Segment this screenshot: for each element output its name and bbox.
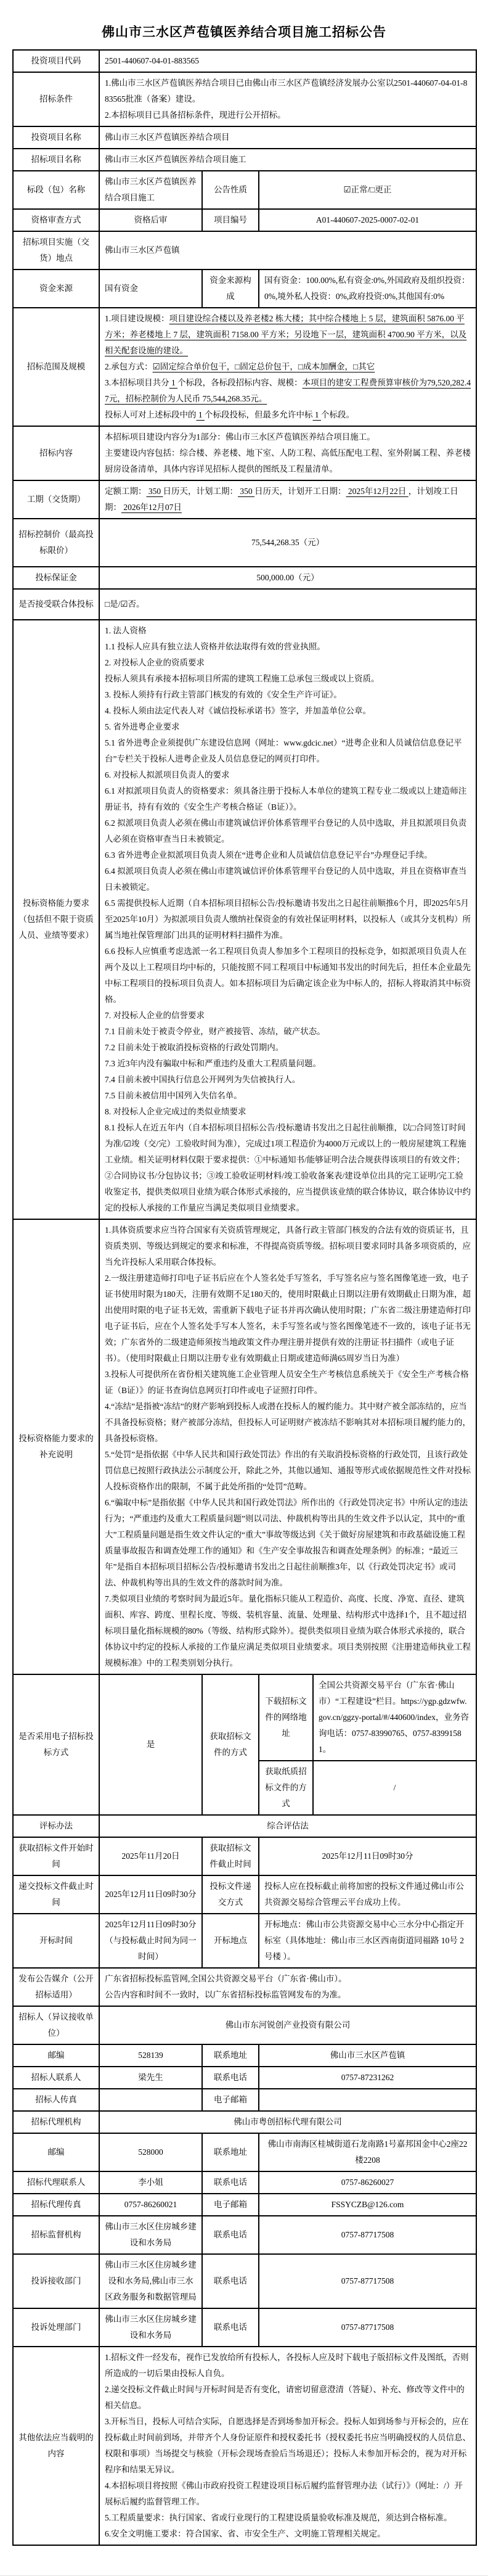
tenderer-fax-label: 招标人传真 [13, 2089, 99, 2111]
tenderer-postcode-value: 528139 [99, 2044, 202, 2067]
control-price-value: 75,544,268.35（元） [99, 519, 476, 567]
scope-value: 1.项目建设规模：项目建设综合楼以及养老楼2 栋大楼；其中综合楼地上 5 层，建… [99, 308, 476, 426]
electronic-bid-label: 是否采用电子招标投标方式 [13, 1674, 99, 1815]
agency-email-label: 电子邮箱 [202, 2194, 259, 2216]
submit-way-label: 投标文件递交方式 [202, 1875, 259, 1914]
tender-content-value: 本招标项目建设内容分为1部分：佛山市三水区芦苞镇医养结合项目施工。主要建设内容包… [99, 426, 476, 480]
tenderer-email-label: 电子邮箱 [202, 2089, 259, 2111]
section-name-label: 标段（包）名称 [13, 171, 99, 209]
agency-contact-label: 招标代理联系人 [13, 2171, 99, 2194]
complaint-receive-value: 佛山市三水区住房城乡建设和水务局,佛山市三水区政务服务和数据管理局 [99, 2254, 202, 2308]
opening-time-value: 2025年12月11日09时30分（与投标截止时间为同一时间） [99, 1914, 202, 1968]
agency-postcode-value: 528000 [99, 2133, 202, 2171]
tenderer-phone-label: 联系电话 [202, 2067, 259, 2089]
notice-nature-value: ☑正常/□更正 [259, 171, 476, 209]
agency-phone-value: 0757-86260027 [259, 2171, 476, 2194]
tenderer-fax-value [99, 2089, 202, 2111]
qualification-method-label: 资格审查方式 [13, 209, 99, 231]
tender-project-name-value: 佛山市三水区芦苞镇医养结合项目施工 [99, 149, 476, 171]
agency-phone-label: 联系电话 [202, 2171, 259, 2194]
table-row: 其他依法应当载明的内容 1.招标文件一经发布，视作已发放给所有投标人，各投标人应… [13, 2347, 476, 2545]
table-row: 招标项目名称 佛山市三水区芦苞镇医养结合项目施工 [13, 149, 476, 171]
doc-obtain-end-label: 获取招标文件截止时间 [202, 1837, 259, 1875]
agency-label: 招标代理机构 [13, 2111, 99, 2133]
complaint-receive-phone-value: 0757-87717508 [259, 2254, 476, 2308]
tenderer-phone-value: 0757-87231262 [259, 2067, 476, 2089]
complaint-receive-phone-label: 联系电话 [202, 2254, 259, 2308]
fund-source-value: 国有资金 [99, 270, 202, 308]
complaint-handle-value: 佛山市三水区住房城乡建设和水务局 [99, 2308, 202, 2347]
tender-conditions-value: 1.佛山市三水区芦苞镇医养结合项目已由佛山市三水区芦苞镇经济发展办公室以2501… [99, 72, 476, 126]
submit-deadline-value: 2025年12月11日09时30分 [99, 1875, 202, 1914]
table-row: 招标项目实施（交货）地点 佛山市三水区芦苞镇 [13, 231, 476, 270]
doc-obtain-end-value: 2025年12月11日09时30分 [259, 1837, 476, 1875]
table-row: 获取招标文件开始时间 2025年11月20日 获取招标文件截止时间 2025年1… [13, 1837, 476, 1875]
submit-deadline-label: 递交投标文件截止时间 [13, 1875, 99, 1914]
tenderer-contact-value: 梁先生 [99, 2067, 202, 2089]
tender-project-name-label: 招标项目名称 [13, 149, 99, 171]
section-name-value: 佛山市三水区芦苞镇医养结合项目施工 [99, 171, 202, 209]
agency-fax-label: 招标代理传真 [13, 2194, 99, 2216]
project-number-value: A01-440607-2025-0007-02-01 [259, 209, 476, 231]
investment-project-name-value: 佛山市三水区芦苞镇医养结合项目 [99, 126, 476, 149]
table-row: 是否采用电子招标投标方式 是 获取招标文件的方式 下载招标文件的网络地址 全国公… [13, 1674, 476, 1761]
table-row: 招标控制价（最高投标限价） 75,544,268.35（元） [13, 519, 476, 567]
table-row: 投诉处理部门 佛山市三水区住房城乡建设和水务局 联系电话 0757-877175… [13, 2308, 476, 2347]
submit-way-value: 投标人应在投标截止前将加密的投标文件通过佛山市公共资源交易综合管理云平台成功上传… [259, 1875, 476, 1914]
tenderer-address-value: 佛山市三水区芦苞镇 [259, 2044, 476, 2067]
table-row: 开标时间 2025年12月11日09时30分（与投标截止时间为同一时间） 开标地… [13, 1914, 476, 1968]
table-row: 招标代理机构 佛山市粤创招标代理有限公司 [13, 2111, 476, 2133]
agency-postcode-label: 邮编 [13, 2133, 99, 2171]
tenderer-address-label: 联系地址 [202, 2044, 259, 2067]
tenderer-contact-label: 招标人联系人 [13, 2067, 99, 2089]
notice-nature-label: 公告性质 [202, 171, 259, 209]
table-row: 资格审查方式 资格后审 项目编号 A01-440607-2025-0007-02… [13, 209, 476, 231]
duration-value: 定额工期： 350 日历天，计划工期： 350 日历天，计划开工日期： 2025… [99, 480, 476, 519]
download-url-value: 全国公共资源交易平台（广东省·佛山市）“工程建设”栏目。https://ygp.… [313, 1674, 476, 1761]
agency-address-label: 联系地址 [202, 2133, 259, 2171]
table-row: 发布公告媒介（公开招标适用） 广东省招标投标监管网,全国公共资源交易平台（广东省… [13, 1968, 476, 2006]
table-row: 邮编 528139 联系地址 佛山市三水区芦苞镇 [13, 2044, 476, 2067]
tender-announcement-table: 投资项目代码 2501-440607-04-01-883565 招标条件 1.佛… [12, 49, 477, 2546]
complaint-handle-phone-value: 0757-87717508 [259, 2308, 476, 2347]
table-row: 评标办法 综合评估法 [13, 1815, 476, 1837]
table-row: 招标范围及规模 1.项目建设规模：项目建设综合楼以及养老楼2 栋大楼；其中综合楼… [13, 308, 476, 426]
investment-project-name-label: 投资项目名称 [13, 126, 99, 149]
table-row: 是否接受联合体投标 □是/☑否。 [13, 589, 476, 620]
tender-content-label: 招标内容 [13, 426, 99, 480]
table-row: 递交投标文件截止时间 2025年12月11日09时30分 投标文件递交方式 投标… [13, 1875, 476, 1914]
table-row: 招标人联系人 梁先生 联系电话 0757-87231262 [13, 2067, 476, 2089]
doc-obtain-start-value: 2025年11月20日 [99, 1837, 202, 1875]
supervisor-label: 招标监督机构 [13, 2216, 99, 2254]
announcement-media-value: 广东省招标投标监管网,全国公共资源交易平台（广东省·佛山市）。公告内容和时间不一… [99, 1968, 476, 2006]
table-row: 招标代理联系人 李小姐 联系电话 0757-86260027 [13, 2171, 476, 2194]
table-row: 投资项目代码 2501-440607-04-01-883565 [13, 50, 476, 72]
opening-place-value: 开标地点：佛山市公共资源交易中心三水分中心指定开标室（具体地址：佛山市三水区西南… [259, 1914, 476, 1968]
table-row: 邮编 528000 联系地址 佛山市南海区桂城街道石龙南路1号嘉邦国金中心2座2… [13, 2133, 476, 2171]
delivery-location-label: 招标项目实施（交货）地点 [13, 231, 99, 270]
table-row: 投标保证金 500,000.00（元） [13, 567, 476, 589]
table-row: 工期（交货期） 定额工期： 350 日历天，计划工期： 350 日历天，计划开工… [13, 480, 476, 519]
table-row: 招标人传真 电子邮箱 [13, 2089, 476, 2111]
delivery-location-value: 佛山市三水区芦苞镇 [99, 231, 476, 270]
complaint-handle-phone-label: 联系电话 [202, 2308, 259, 2347]
table-row: 招标监督机构 佛山市三水区住房城乡建设和水务局 联系电话 0757-877175… [13, 2216, 476, 2254]
investment-code-value: 2501-440607-04-01-883565 [99, 50, 476, 72]
qualification-supplement-value: 1.具体资质要求应当符合国家有关资质管理规定，具备行政主管部门核发的合法有效的资… [99, 1219, 476, 1674]
other-content-value: 1.招标文件一经发布，视作已发放给所有投标人，各投标人应及时下载电子版招标文件及… [99, 2347, 476, 2545]
table-row: 招标人（异议接收单位） 佛山市东河锐创产业投资有限公司 [13, 2006, 476, 2044]
supervisor-value: 佛山市三水区住房城乡建设和水务局 [99, 2216, 202, 2254]
qualification-supplement-label: 投标资格能力要求的补充说明 [13, 1219, 99, 1674]
supervisor-phone-label: 联系电话 [202, 2216, 259, 2254]
supervisor-phone-value: 0757-87717508 [259, 2216, 476, 2254]
opening-place-label: 开标地点 [202, 1914, 259, 1968]
fund-mix-value: 国有资金：100.00%,私有资金:0%,外国政府及组织投资：0%,境外私人投资… [259, 270, 476, 308]
table-row: 投资项目名称 佛山市三水区芦苞镇医养结合项目 [13, 126, 476, 149]
fund-mix-label: 资金来源构成 [202, 270, 259, 308]
doc-obtain-start-label: 获取招标文件开始时间 [13, 1837, 99, 1875]
tenderer-label: 招标人（异议接收单位） [13, 2006, 99, 2044]
bid-deposit-value: 500,000.00（元） [99, 567, 476, 589]
announcement-media-label: 发布公告媒介（公开招标适用） [13, 1968, 99, 2006]
agency-address-value: 佛山市南海区桂城街道石龙南路1号嘉邦国金中心2座22楼2208 [259, 2133, 476, 2171]
project-number-label: 项目编号 [202, 209, 259, 231]
bid-deposit-label: 投标保证金 [13, 567, 99, 589]
bidder-qualification-label: 投标资格能力要求（包括但不限于资质人员、业绩等要求） [13, 620, 99, 1219]
table-row: 投标资格能力要求的补充说明 1.具体资质要求应当符合国家有关资质管理规定，具备行… [13, 1219, 476, 1674]
control-price-label: 招标控制价（最高投标限价） [13, 519, 99, 567]
complaint-receive-label: 投诉接收部门 [13, 2254, 99, 2308]
obtain-method-label: 获取招标文件的方式 [202, 1674, 259, 1815]
paper-document-label: 获取纸质招标文件的方式 [259, 1761, 313, 1815]
evaluation-method-value: 综合评估法 [99, 1815, 476, 1837]
tenderer-postcode-label: 邮编 [13, 2044, 99, 2067]
table-row: 招标内容 本招标项目建设内容分为1部分：佛山市三水区芦苞镇医养结合项目施工。主要… [13, 426, 476, 480]
tender-conditions-label: 招标条件 [13, 72, 99, 126]
agency-fax-value: 0757-86260021 [99, 2194, 202, 2216]
table-row: 标段（包）名称 佛山市三水区芦苞镇医养结合项目施工 公告性质 ☑正常/□更正 [13, 171, 476, 209]
opening-time-label: 开标时间 [13, 1914, 99, 1968]
duration-label: 工期（交货期） [13, 480, 99, 519]
table-row: 资金来源 国有资金 资金来源构成 国有资金：100.00%,私有资金:0%,外国… [13, 270, 476, 308]
download-url-label: 下载招标文件的网络地址 [259, 1674, 313, 1761]
electronic-bid-value: 是 [99, 1674, 202, 1815]
table-row: 招标条件 1.佛山市三水区芦苞镇医养结合项目已由佛山市三水区芦苞镇经济发展办公室… [13, 72, 476, 126]
tenderer-email-value [259, 2089, 476, 2111]
fund-source-label: 资金来源 [13, 270, 99, 308]
agency-value: 佛山市粤创招标代理有限公司 [99, 2111, 476, 2133]
page-title: 佛山市三水区芦苞镇医养结合项目施工招标公告 [0, 22, 488, 41]
agency-email-value: FSSYCZB@126.com [259, 2194, 476, 2216]
consortium-value: □是/☑否。 [99, 589, 476, 620]
evaluation-method-label: 评标办法 [13, 1815, 99, 1837]
agency-contact-value: 李小姐 [99, 2171, 202, 2194]
investment-code-label: 投资项目代码 [13, 50, 99, 72]
paper-document-value: / [313, 1761, 476, 1815]
complaint-handle-label: 投诉处理部门 [13, 2308, 99, 2347]
other-content-label: 其他依法应当载明的内容 [13, 2347, 99, 2545]
consortium-label: 是否接受联合体投标 [13, 589, 99, 620]
tenderer-value: 佛山市东河锐创产业投资有限公司 [99, 2006, 476, 2044]
scope-label: 招标范围及规模 [13, 308, 99, 426]
table-row: 投标资格能力要求（包括但不限于资质人员、业绩等要求） 1. 法人资格1.1 投标… [13, 620, 476, 1219]
table-row: 招标代理传真 0757-86260021 电子邮箱 FSSYCZB@126.co… [13, 2194, 476, 2216]
table-row: 投诉接收部门 佛山市三水区住房城乡建设和水务局,佛山市三水区政务服务和数据管理局… [13, 2254, 476, 2308]
bidder-qualification-value: 1. 法人资格1.1 投标人应具有独立法人资格并依法取得有效的营业执照。2. 对… [99, 620, 476, 1219]
qualification-method-value: 资格后审 [99, 209, 202, 231]
